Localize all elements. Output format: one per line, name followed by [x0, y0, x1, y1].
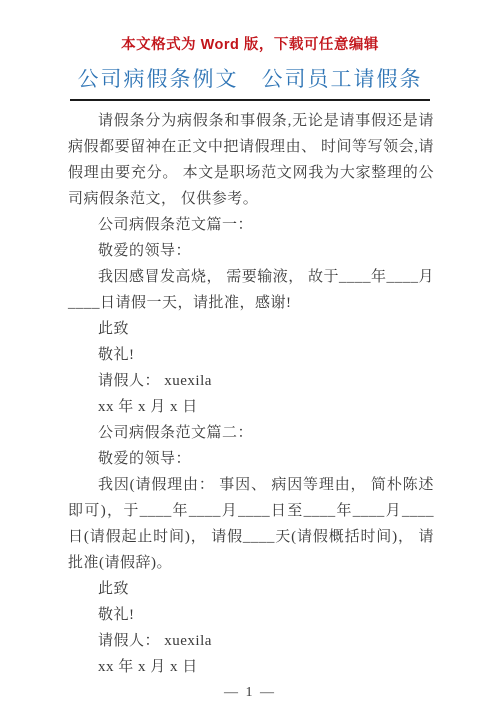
- title-divider-line: [70, 99, 430, 101]
- page-number: — 1 —: [0, 680, 500, 706]
- paragraph: 公司病假条范文篇二：: [68, 420, 434, 446]
- paragraph: 此致: [68, 576, 434, 602]
- paragraph: 敬礼!: [68, 602, 434, 628]
- paragraph: 敬爱的领导：: [68, 238, 434, 264]
- editable-notice-text: 本文格式为 Word 版，下载可任意编辑: [0, 33, 500, 54]
- paragraph: 敬爱的领导：: [68, 446, 434, 472]
- paragraph: xx 年 x 月 x 日: [68, 654, 434, 680]
- paragraph: xx 年 x 月 x 日: [68, 394, 434, 420]
- paragraph: 此致: [68, 316, 434, 342]
- paragraph: 敬礼!: [68, 342, 434, 368]
- document-title: 公司病假条例文 公司员工请假条: [0, 63, 500, 93]
- paragraph: 请假条分为病假条和事假条,无论是请事假还是请病假都要留神在正文中把请假理由、 时…: [68, 108, 434, 212]
- paragraph: 请假人： xuexila: [68, 628, 434, 654]
- paragraph: 公司病假条范文篇一：: [68, 212, 434, 238]
- document-body: 请假条分为病假条和事假条,无论是请事假还是请病假都要留神在正文中把请假理由、 时…: [68, 108, 434, 680]
- paragraph: 请假人： xuexila: [68, 368, 434, 394]
- paragraph: 我因(请假理由： 事因、 病因等理由， 简朴陈述即可)，于____年____月_…: [68, 472, 434, 576]
- paragraph: 我因感冒发高烧， 需要输液， 故于____年____月____日请假一天，请批准…: [68, 264, 434, 316]
- document-page: 本文格式为 Word 版，下载可任意编辑 公司病假条例文 公司员工请假条 请假条…: [0, 0, 500, 707]
